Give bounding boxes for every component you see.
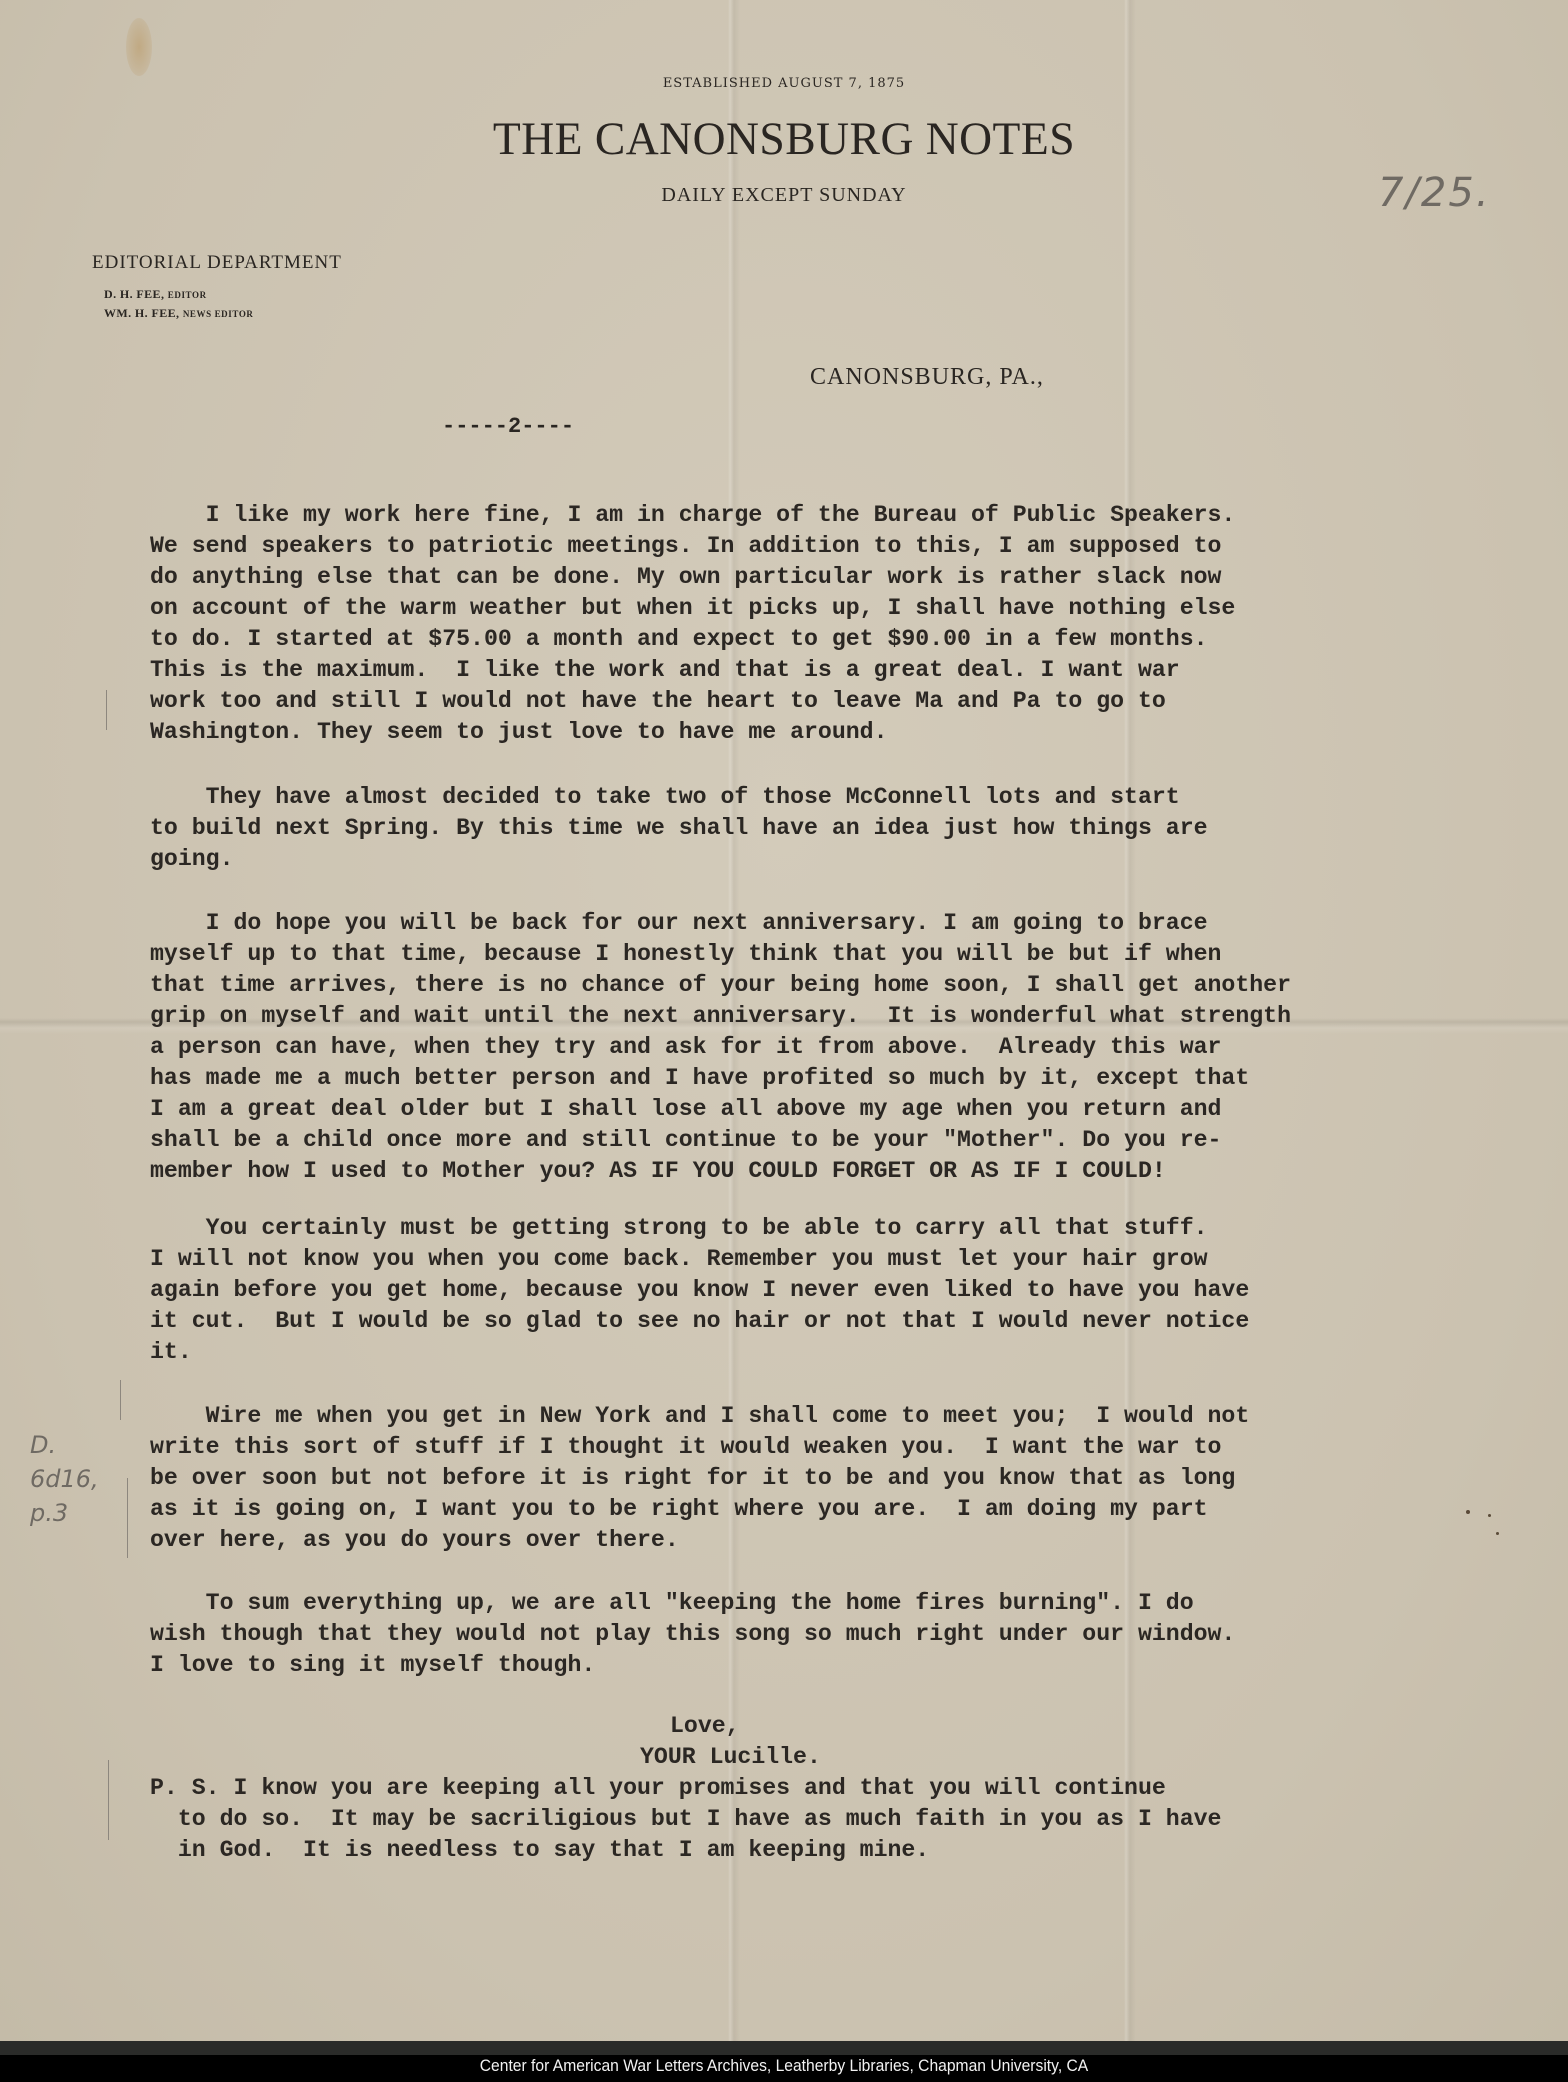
ink-speck: [1496, 1532, 1499, 1535]
text-line: a person can have, when they try and ask…: [150, 1032, 1291, 1063]
text-line: shall be a child once more and still con…: [150, 1125, 1291, 1156]
staff-name: D. H. FEE,: [104, 287, 164, 301]
text-line: myself up to that time, because I honest…: [150, 939, 1291, 970]
text-line: I am a great deal older but I shall lose…: [150, 1094, 1291, 1125]
text-line: again before you get home, because you k…: [150, 1275, 1249, 1306]
text-line: to do so. It may be sacriligious but I h…: [150, 1804, 1221, 1835]
text-line: in God. It is needless to say that I am …: [150, 1835, 1221, 1866]
paragraph-work: I like my work here fine, I am in charge…: [150, 500, 1235, 748]
staff-news-editor: WM. H. FEE, NEWS EDITOR: [104, 306, 254, 321]
text-line: I do hope you will be back for our next …: [150, 908, 1291, 939]
margin-note-line: 6d16,: [30, 1462, 110, 1496]
margin-pencil-mark: [127, 1478, 128, 1558]
text-line: Wire me when you get in New York and I s…: [150, 1401, 1249, 1432]
closing: Love,: [670, 1711, 740, 1742]
text-line: I will not know you when you come back. …: [150, 1244, 1249, 1275]
staff-editor: D. H. FEE, EDITOR: [104, 287, 207, 302]
editorial-department-heading: EDITORIAL DEPARTMENT: [92, 252, 342, 274]
text-line: to do. I started at $75.00 a month and e…: [150, 624, 1235, 655]
margin-pencil-mark: [120, 1380, 121, 1420]
text-line: I like my work here fine, I am in charge…: [150, 500, 1235, 531]
margin-note-line: p.3: [30, 1496, 110, 1530]
handwritten-margin-note: D. 6d16, p.3: [30, 1428, 110, 1530]
newspaper-title: THE CANONSBURG NOTES: [24, 112, 1545, 166]
margin-pencil-mark: [106, 690, 107, 730]
text-line: P. S. I know you are keeping all your pr…: [150, 1773, 1221, 1804]
text-line: do anything else that can be done. My ow…: [150, 562, 1235, 593]
paragraph-hair: You certainly must be getting strong to …: [150, 1213, 1249, 1368]
archive-footer: Center for American War Letters Archives…: [0, 2041, 1568, 2082]
staff-role: EDITOR: [168, 290, 207, 300]
footer-band: [0, 2041, 1568, 2055]
handwritten-date-note: 7/25.: [1378, 170, 1491, 216]
paragraph-anniversary: I do hope you will be back for our next …: [150, 908, 1291, 1187]
letterhead-city: CANONSBURG, PA.,: [810, 364, 1044, 391]
text-line: They have almost decided to take two of …: [150, 782, 1208, 813]
text-line: as it is going on, I want you to be righ…: [150, 1494, 1249, 1525]
ink-speck: [1488, 1514, 1491, 1517]
publication-frequency: DAILY EXCEPT SUNDAY: [0, 184, 1568, 207]
signature: YOUR Lucille.: [640, 1742, 821, 1773]
paragraph-new-york: Wire me when you get in New York and I s…: [150, 1401, 1249, 1556]
text-line: it cut. But I would be so glad to see no…: [150, 1306, 1249, 1337]
text-line: be over soon but not before it is right …: [150, 1463, 1249, 1494]
text-line: You certainly must be getting strong to …: [150, 1213, 1249, 1244]
water-stain: [126, 18, 152, 76]
letter-page: ESTABLISHED AUGUST 7, 1875 THE CANONSBUR…: [0, 0, 1568, 2041]
text-line: to build next Spring. By this time we sh…: [150, 813, 1208, 844]
text-line: over here, as you do yours over there.: [150, 1525, 1249, 1556]
text-line: on account of the warm weather but when …: [150, 593, 1235, 624]
page-marker: -----2----: [442, 414, 574, 439]
text-line: To sum everything up, we are all "keepin…: [150, 1588, 1235, 1619]
text-line: I love to sing it myself though.: [150, 1650, 1235, 1681]
staff-name: WM. H. FEE,: [104, 306, 179, 320]
text-line: wish though that they would not play thi…: [150, 1619, 1235, 1650]
paragraph-lots: They have almost decided to take two of …: [150, 782, 1208, 875]
closing-text: Love,: [670, 1711, 740, 1742]
margin-note-line: D.: [30, 1428, 110, 1462]
text-line: write this sort of stuff if I thought it…: [150, 1432, 1249, 1463]
ink-speck: [1466, 1510, 1470, 1514]
text-line: We send speakers to patriotic meetings. …: [150, 531, 1235, 562]
text-line: going.: [150, 844, 1208, 875]
text-line: it.: [150, 1337, 1249, 1368]
staff-role: NEWS EDITOR: [183, 309, 254, 319]
text-line: Washington. They seem to just love to ha…: [150, 717, 1235, 748]
archive-credit: Center for American War Letters Archives…: [63, 2056, 1506, 2076]
text-line: has made me a much better person and I h…: [150, 1063, 1291, 1094]
text-line: grip on myself and wait until the next a…: [150, 1001, 1291, 1032]
text-line: that time arrives, there is no chance of…: [150, 970, 1291, 1001]
paragraph-home-fires: To sum everything up, we are all "keepin…: [150, 1588, 1235, 1681]
text-line: member how I used to Mother you? AS IF Y…: [150, 1156, 1291, 1187]
margin-pencil-mark: [108, 1760, 109, 1840]
established-date: ESTABLISHED AUGUST 7, 1875: [0, 76, 1568, 91]
text-line: This is the maximum. I like the work and…: [150, 655, 1235, 686]
signature-text: YOUR Lucille.: [640, 1742, 821, 1773]
postscript: P. S. I know you are keeping all your pr…: [150, 1773, 1221, 1866]
text-line: work too and still I would not have the …: [150, 686, 1235, 717]
